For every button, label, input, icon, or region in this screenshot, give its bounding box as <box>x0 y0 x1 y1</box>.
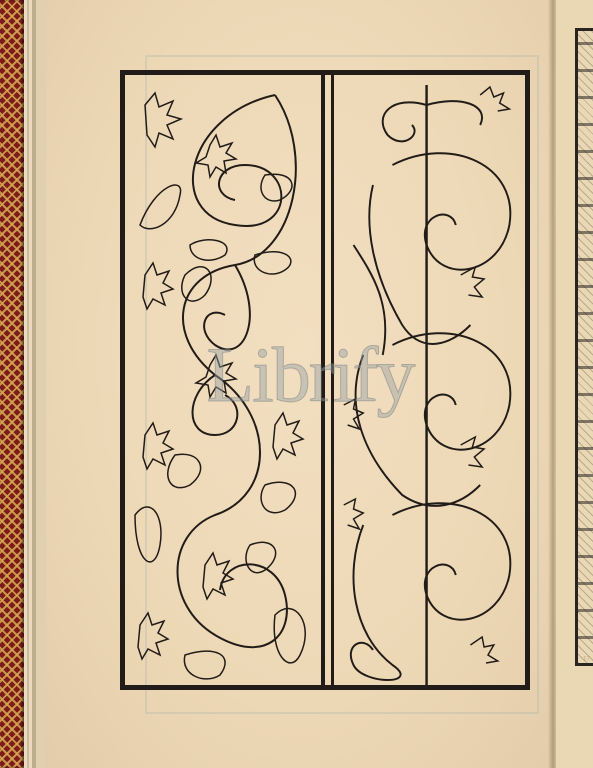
watermark: Librify <box>180 330 440 420</box>
leather-binding <box>0 0 24 768</box>
page-edges <box>24 0 46 768</box>
folio-number: 17 <box>583 655 590 663</box>
facing-page-woodcut <box>575 28 593 666</box>
book-scan: 17 <box>0 0 593 768</box>
